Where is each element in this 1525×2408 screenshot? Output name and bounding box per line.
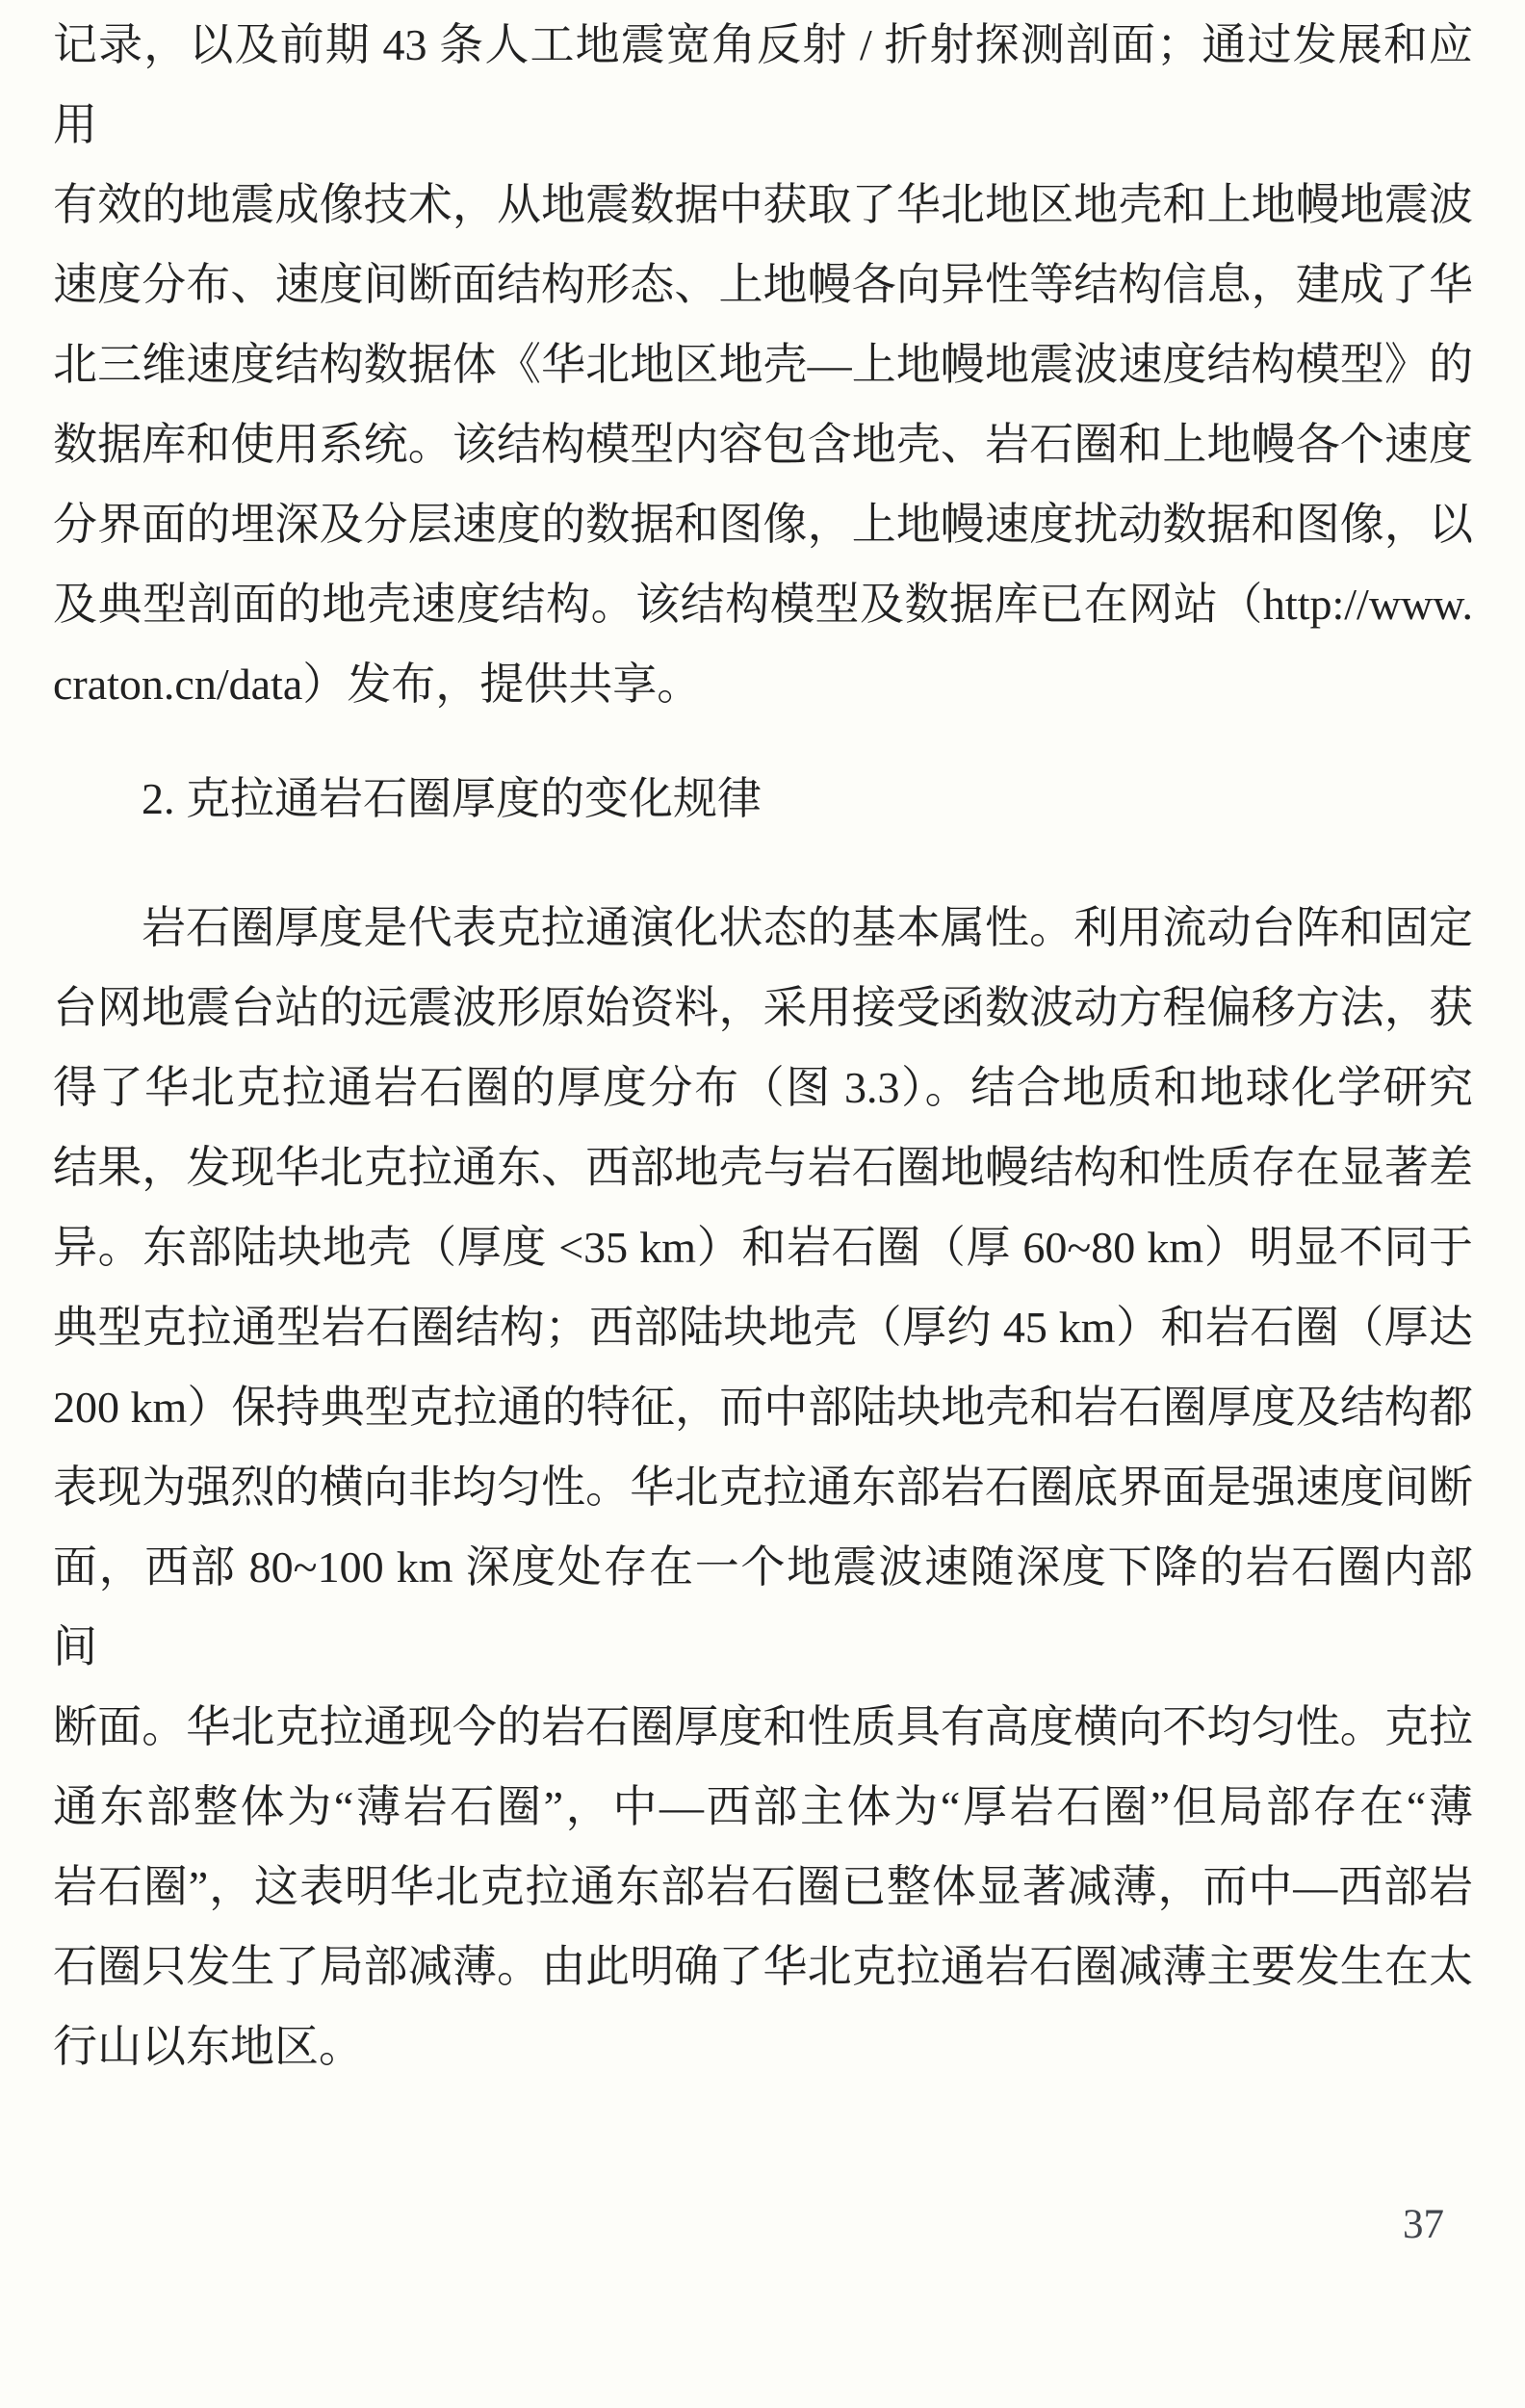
text-line: 台网地震台站的远震波形原始资料，采用接受函数波动方程偏移方法，获 (53, 968, 1473, 1048)
text-line: 北三维速度结构数据体《华北地区地壳—上地幔地震波速度结构模型》的 (53, 324, 1473, 404)
text-line: craton.cn/data）发布，提供共享。 (53, 644, 1473, 724)
text-line: 数据库和使用系统。该结构模型内容包含地壳、岩石圈和上地幔各个速度 (53, 404, 1473, 484)
page-number: 37 (1403, 2202, 1444, 2248)
text-line: 得了华北克拉通岩石圈的厚度分布（图 3.3）。结合地质和地球化学研究 (53, 1048, 1473, 1127)
text-line: 结果，发现华北克拉通东、西部地壳与岩石圈地幔结构和性质存在显著差 (53, 1127, 1473, 1207)
text-line: 行山以东地区。 (53, 2007, 1473, 2086)
text-line: 岩石圈”，这表明华北克拉通东部岩石圈已整体显著减薄，而中—西部岩 (53, 1847, 1473, 1927)
text-line: 及典型剖面的地壳速度结构。该结构模型及数据库已在网站（http://www. (53, 564, 1473, 644)
text-line: 石圈只发生了局部减薄。由此明确了华北克拉通岩石圈减薄主要发生在太 (53, 1927, 1473, 2007)
text-line: 通东部整体为“薄岩石圈”，中—西部主体为“厚岩石圈”但局部存在“薄 (53, 1767, 1473, 1847)
text-line: 速度分布、速度间断面结构形态、上地幔各向异性等结构信息，建成了华 (53, 245, 1473, 324)
document-page: 记录，以及前期 43 条人工地震宽角反射 / 折射探测剖面；通过发展和应用有效的… (0, 0, 1525, 2408)
text-area: 记录，以及前期 43 条人工地震宽角反射 / 折射探测剖面；通过发展和应用有效的… (53, 5, 1473, 2086)
heading-text: 2. 克拉通岩石圈厚度的变化规律 (53, 759, 1473, 839)
text-line: 断面。华北克拉通现今的岩石圈厚度和性质具有高度横向不均匀性。克拉 (53, 1687, 1473, 1767)
paragraph: 岩石圈厚度是代表克拉通演化状态的基本属性。利用流动台阵和固定台网地震台站的远震波… (53, 888, 1473, 2086)
text-line: 有效的地震成像技术，从地震数据中获取了华北地区地壳和上地幔地震波 (53, 165, 1473, 245)
text-line: 异。东部陆块地壳（厚度 <35 km）和岩石圈（厚 60~80 km）明显不同于 (53, 1207, 1473, 1287)
text-line: 岩石圈厚度是代表克拉通演化状态的基本属性。利用流动台阵和固定 (53, 888, 1473, 968)
text-line: 表现为强烈的横向非均匀性。华北克拉通东部岩石圈底界面是强速度间断 (53, 1447, 1473, 1527)
text-line: 记录，以及前期 43 条人工地震宽角反射 / 折射探测剖面；通过发展和应用 (53, 5, 1473, 165)
text-line: 200 km）保持典型克拉通的特征，而中部陆块地壳和岩石圈厚度及结构都 (53, 1367, 1473, 1447)
paragraph: 记录，以及前期 43 条人工地震宽角反射 / 折射探测剖面；通过发展和应用有效的… (53, 5, 1473, 724)
text-line: 面，西部 80~100 km 深度处存在一个地震波速随深度下降的岩石圈内部间 (53, 1527, 1473, 1687)
text-line: 分界面的埋深及分层速度的数据和图像，上地幔速度扰动数据和图像，以 (53, 484, 1473, 564)
text-line: 典型克拉通型岩石圈结构；西部陆块地壳（厚约 45 km）和岩石圈（厚达 (53, 1287, 1473, 1367)
section-heading: 2. 克拉通岩石圈厚度的变化规律 (53, 759, 1473, 839)
